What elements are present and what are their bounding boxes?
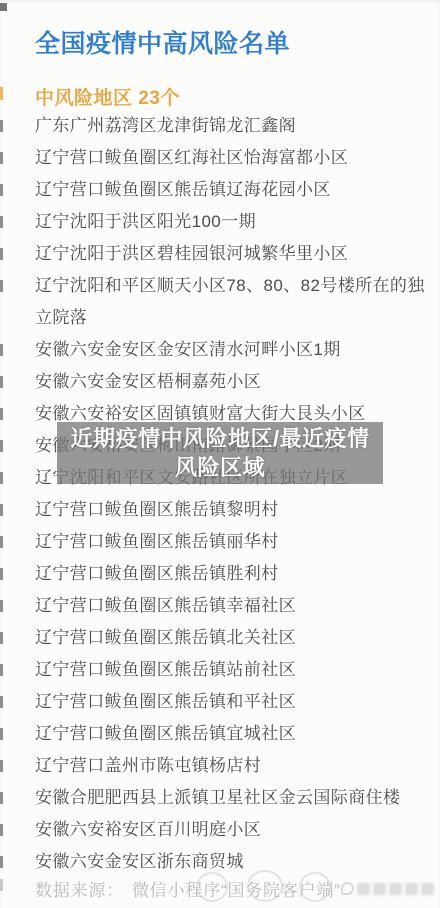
risk-area-item: 辽宁营口鲅鱼圈区熊岳镇站前社区 <box>35 654 427 686</box>
watermark-blurred-text <box>373 883 386 895</box>
risk-area-item: 辽宁沈阳于洪区碧桂园银河城繁华里小区 <box>35 238 427 270</box>
faint-stamp-mark <box>299 872 331 902</box>
risk-area-item: 辽宁营口鲅鱼圈区红海社区怡海富都小区 <box>35 142 427 174</box>
risk-area-item: 安徽六安金安区浙东商贸城 <box>35 846 427 878</box>
edge-artifact <box>0 3 7 11</box>
risk-area-item: 安徽六安裕安区百川明庭小区 <box>35 814 427 846</box>
risk-area-item: 辽宁营口鲅鱼圈区熊岳镇辽海花园小区 <box>35 174 427 206</box>
risk-area-item: 辽宁沈阳和平区顺天小区78、80、82号楼所在的独立院落 <box>35 270 427 334</box>
caption-line-1: 近期疫情中风险地区/最近疫情 <box>70 424 369 453</box>
caption-line-2: 风险区域 <box>175 453 265 482</box>
page-title: 全国疫情中高风险名单 <box>35 24 290 60</box>
risk-area-item: 辽宁营口盖州市陈屯镇杨店村 <box>35 750 427 782</box>
faint-stamp-mark <box>247 870 283 902</box>
risk-area-item: 辽宁营口鲅鱼圈区熊岳镇黎明村 <box>35 494 427 526</box>
watermark <box>341 882 434 895</box>
risk-area-item: 辽宁营口鲅鱼圈区熊岳镇幸福社区 <box>35 590 427 622</box>
risk-area-item: 辽宁沈阳于洪区阳光100一期 <box>35 206 427 238</box>
risk-area-item: 辽宁营口鲅鱼圈区熊岳镇丽华村 <box>35 526 427 558</box>
watermark-blurred-text <box>405 883 418 895</box>
risk-area-item: 广东广州荔湾区龙津街锦龙汇鑫阁 <box>35 110 427 142</box>
risk-area-item: 安徽合肥肥西县上派镇卫星社区金云国际商住楼 <box>35 782 427 814</box>
watermark-blurred-text <box>357 883 370 895</box>
risk-area-item: 辽宁营口鲅鱼圈区熊岳镇胜利村 <box>35 558 427 590</box>
watermark-blurred-text <box>389 883 402 895</box>
medium-risk-count-label: 中风险地区 23个 <box>35 83 180 110</box>
caption-overlay: 近期疫情中风险地区/最近疫情 风险区域 <box>57 422 383 484</box>
risk-area-item: 辽宁营口鲅鱼圈区熊岳镇宜城社区 <box>35 718 427 750</box>
faint-stamp-mark <box>196 872 228 902</box>
weibo-icon <box>341 882 354 895</box>
risk-area-item: 安徽六安金安区金安区清水河畔小区1期 <box>35 334 427 366</box>
data-source-note: 数据来源：微信小程序“国务院客户端” <box>35 876 341 901</box>
data-source-label: 数据来源： <box>35 881 124 900</box>
risk-area-list: 广东广州荔湾区龙津街锦龙汇鑫阁 辽宁营口鲅鱼圈区红海社区怡海富都小区 辽宁营口鲅… <box>35 110 427 878</box>
risk-area-item: 辽宁营口鲅鱼圈区熊岳镇和平社区 <box>35 686 427 718</box>
watermark-blurred-text <box>421 883 434 895</box>
risk-area-item: 辽宁营口鲅鱼圈区熊岳镇北关社区 <box>35 622 427 654</box>
risk-area-item: 安徽六安金安区梧桐嘉苑小区 <box>35 366 427 398</box>
risk-list-page: 全国疫情中高风险名单 中风险地区 23个 广东广州荔湾区龙津街锦龙汇鑫阁 辽宁营… <box>0 0 440 908</box>
